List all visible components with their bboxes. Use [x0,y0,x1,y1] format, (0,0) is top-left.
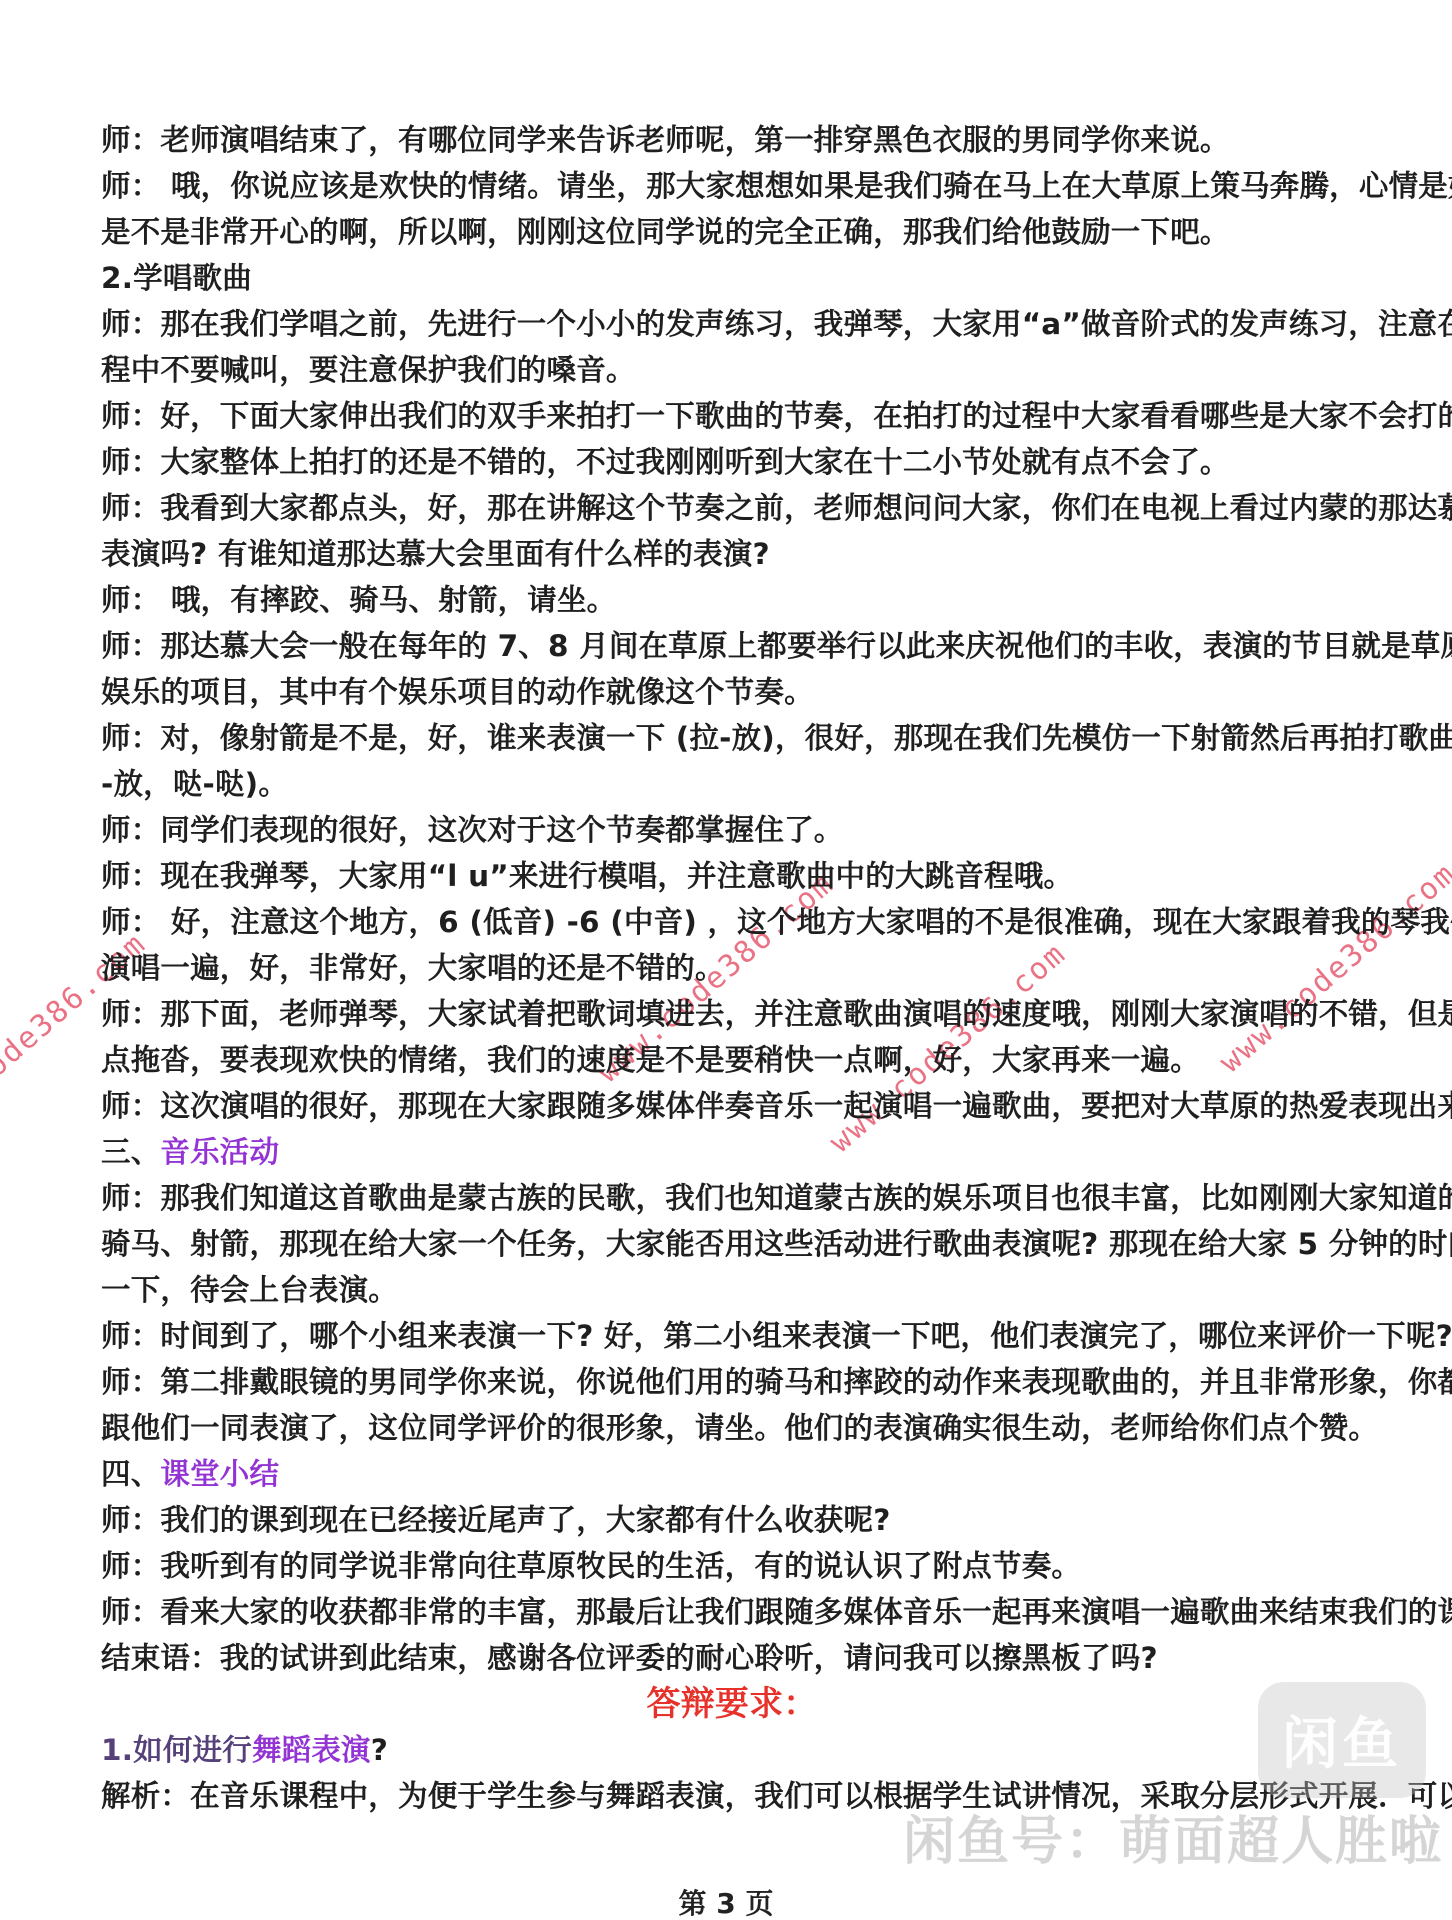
text-line: 骑马、射箭，那现在给大家一个任务，大家能否用这些活动进行歌曲表演呢? 那现在给大… [101,1221,1363,1267]
text-line: 师：大家整体上拍打的还是不错的，不过我刚刚听到大家在十二小节处就有点不会了。 [101,439,1363,485]
xianyu-logo: 闲鱼 [1258,1682,1426,1798]
text-segment: 师：大家整体上拍打的还是不错的，不过我刚刚听到大家在十二小节处就有点不会了。 [101,445,1230,479]
text-segment: 演唱一遍，好，非常好，大家唱的还是不错的。 [101,951,725,985]
text-line: 演唱一遍，好，非常好，大家唱的还是不错的。 [101,945,1363,991]
text-segment: 师：我们的课到现在已经接近尾声了，大家都有什么收获呢? [101,1503,891,1537]
document-page: www.code386.com www.code386.com www.code… [0,0,1452,1920]
text-segment: 舞蹈表演 [252,1733,371,1767]
text-segment: 是不是非常开心的啊，所以啊，刚刚这位同学说的完全正确，那我们给他鼓励一下吧。 [101,215,1230,249]
text-segment: 师：现在我弹琴，大家用“l u”来进行模唱，并注意歌曲中的大跳音程哦。 [101,859,1073,893]
text-line: 是不是非常开心的啊，所以啊，刚刚这位同学说的完全正确，那我们给他鼓励一下吧。 [101,209,1363,255]
text-line: 2.学唱歌曲 [101,255,1363,301]
text-segment: 点拖沓，要表现欢快的情绪，我们的速度是不是要稍快一点啊，好，大家再来一遍。 [101,1043,1200,1077]
text-segment: 1.如何进行 [101,1733,252,1767]
text-segment: 音乐活动 [160,1135,279,1169]
text-segment: 表演吗? 有谁知道那达慕大会里面有什么样的表演? [101,537,770,571]
text-segment: 一下，待会上台表演。 [101,1273,398,1307]
text-line: 师：现在我弹琴，大家用“l u”来进行模唱，并注意歌曲中的大跳音程哦。 [101,853,1363,899]
text-segment: 师：那我们知道这首歌曲是蒙古族的民歌，我们也知道蒙古族的娱乐项目也很丰富，比如刚… [101,1181,1452,1215]
text-line: 点拖沓，要表现欢快的情绪，我们的速度是不是要稍快一点啊，好，大家再来一遍。 [101,1037,1363,1083]
lesson-transcript: 师：老师演唱结束了，有哪位同学来告诉老师呢，第一排穿黑色衣服的男同学你来说。师：… [101,117,1363,1819]
text-segment: 师：看来大家的收获都非常的丰富，那最后让我们跟随多媒体音乐一起再来演唱一遍歌曲来… [101,1595,1452,1629]
text-line: 师：那下面，老师弹琴，大家试着把歌词填进去，并注意歌曲演唱的速度哦，刚刚大家演唱… [101,991,1363,1037]
text-segment: 结束语：我的试讲到此结束，感谢各位评委的耐心聆听，请问我可以擦黑板了吗? [101,1641,1158,1675]
text-line: 师：我们的课到现在已经接近尾声了，大家都有什么收获呢? [101,1497,1363,1543]
text-line: 师：那达慕大会一般在每年的 7、8 月间在草原上都要举行以此来庆祝他们的丰收，表… [101,623,1363,669]
text-segment: 师：对，像射箭是不是，好，谁来表演一下 (拉-放)，很好，那现在我们先模仿一下射… [101,721,1452,755]
text-segment: 师：那达慕大会一般在每年的 7、8 月间在草原上都要举行以此来庆祝他们的丰收，表… [101,629,1452,663]
text-line: 师： 哦，有摔跤、骑马、射箭，请坐。 [101,577,1363,623]
text-segment: 娱乐的项目，其中有个娱乐项目的动作就像这个节奏。 [101,675,814,709]
text-line: 跟他们一同表演了，这位同学评价的很形象，请坐。他们的表演确实很生动，老师给你们点… [101,1405,1363,1451]
text-segment: 2.学唱歌曲 [101,261,252,295]
text-line: 师：我看到大家都点头，好，那在讲解这个节奏之前，老师想问问大家，你们在电视上看过… [101,485,1363,531]
text-segment: 师：第二排戴眼镜的男同学你来说，你说他们用的骑马和摔跤的动作来表现歌曲的，并且非… [101,1365,1452,1399]
text-line: 四、课堂小结 [101,1451,1363,1497]
text-line: 一下，待会上台表演。 [101,1267,1363,1313]
text-segment: 师： 哦，你说应该是欢快的情绪。请坐，那大家想想如果是我们骑在马上在大草原上策马… [101,169,1452,203]
text-segment: 师： 哦，有摔跤、骑马、射箭，请坐。 [101,583,616,617]
text-line: 结束语：我的试讲到此结束，感谢各位评委的耐心聆听，请问我可以擦黑板了吗? [101,1635,1363,1681]
text-line: 娱乐的项目，其中有个娱乐项目的动作就像这个节奏。 [101,669,1363,715]
xianyu-account-watermark: 闲鱼号：萌面超人胜啦 [903,1799,1443,1874]
text-line: 师： 哦，你说应该是欢快的情绪。请坐，那大家想想如果是我们骑在马上在大草原上策马… [101,163,1363,209]
text-segment: 师：时间到了，哪个小组来表演一下? 好，第二小组来表演一下吧，他们表演完了，哪位… [101,1319,1452,1353]
section-heading-red: 答辩要求： [101,1681,1363,1727]
text-segment: 师：这次演唱的很好，那现在大家跟随多媒体伴奏音乐一起演唱一遍歌曲，要把对大草原的… [101,1089,1452,1123]
text-line: 师：那我们知道这首歌曲是蒙古族的民歌，我们也知道蒙古族的娱乐项目也很丰富，比如刚… [101,1175,1363,1221]
text-segment: 师：那下面，老师弹琴，大家试着把歌词填进去，并注意歌曲演唱的速度哦，刚刚大家演唱… [101,997,1452,1031]
text-segment: 骑马、射箭，那现在给大家一个任务，大家能否用这些活动进行歌曲表演呢? 那现在给大… [101,1227,1452,1261]
text-line: 师：看来大家的收获都非常的丰富，那最后让我们跟随多媒体音乐一起再来演唱一遍歌曲来… [101,1589,1363,1635]
text-segment: 答辩要求： [647,1684,818,1724]
text-segment: 师：我看到大家都点头，好，那在讲解这个节奏之前，老师想问问大家，你们在电视上看过… [101,491,1452,525]
text-line: 师：时间到了，哪个小组来表演一下? 好，第二小组来表演一下吧，他们表演完了，哪位… [101,1313,1363,1359]
text-line: 三、音乐活动 [101,1129,1363,1175]
text-segment: 师：好，下面大家伸出我们的双手来拍打一下歌曲的节奏，在拍打的过程中大家看看哪些是… [101,399,1452,433]
text-line: -放，哒-哒)。 [101,761,1363,807]
text-segment: 师：我听到有的同学说非常向往草原牧民的生活，有的说认识了附点节奏。 [101,1549,1081,1583]
text-line: 师：我听到有的同学说非常向往草原牧民的生活，有的说认识了附点节奏。 [101,1543,1363,1589]
text-line: 师： 好，注意这个地方，6 (低音) -6 (中音) ，这个地方大家唱的不是很准… [101,899,1363,945]
text-segment: 师：老师演唱结束了，有哪位同学来告诉老师呢，第一排穿黑色衣服的男同学你来说。 [101,123,1230,157]
text-line: 表演吗? 有谁知道那达慕大会里面有什么样的表演? [101,531,1363,577]
text-segment: 师： 好，注意这个地方，6 (低音) -6 (中音) ，这个地方大家唱的不是很准… [101,905,1452,939]
text-line: 师：同学们表现的很好，这次对于这个节奏都掌握住了。 [101,807,1363,853]
text-line: 师：那在我们学唱之前，先进行一个小小的发声练习，我弹琴，大家用“a”做音阶式的发… [101,301,1363,347]
text-line: 师：这次演唱的很好，那现在大家跟随多媒体伴奏音乐一起演唱一遍歌曲，要把对大草原的… [101,1083,1363,1129]
page-number: 第 3 页 [0,1882,1452,1920]
text-segment: 程中不要喊叫，要注意保护我们的嗓音。 [101,353,636,387]
text-line: 程中不要喊叫，要注意保护我们的嗓音。 [101,347,1363,393]
text-line: 1.如何进行舞蹈表演? [101,1727,1363,1773]
text-segment: 四、 [101,1457,160,1491]
text-line: 师：对，像射箭是不是，好，谁来表演一下 (拉-放)，很好，那现在我们先模仿一下射… [101,715,1363,761]
text-segment: 师：那在我们学唱之前，先进行一个小小的发声练习，我弹琴，大家用“a”做音阶式的发… [101,307,1452,341]
text-segment: 跟他们一同表演了，这位同学评价的很形象，请坐。他们的表演确实很生动，老师给你们点… [101,1411,1378,1445]
text-segment: 三、 [101,1135,160,1169]
text-segment: ? [371,1733,388,1767]
text-line: 师：第二排戴眼镜的男同学你来说，你说他们用的骑马和摔跤的动作来表现歌曲的，并且非… [101,1359,1363,1405]
xianyu-logo-text: 闲鱼 [1282,1700,1402,1780]
text-segment: -放，哒-哒)。 [101,767,288,801]
text-segment: 师：同学们表现的很好，这次对于这个节奏都掌握住了。 [101,813,844,847]
text-line: 师：好，下面大家伸出我们的双手来拍打一下歌曲的节奏，在拍打的过程中大家看看哪些是… [101,393,1363,439]
text-segment: 课堂小结 [160,1457,279,1491]
text-line: 师：老师演唱结束了，有哪位同学来告诉老师呢，第一排穿黑色衣服的男同学你来说。 [101,117,1363,163]
